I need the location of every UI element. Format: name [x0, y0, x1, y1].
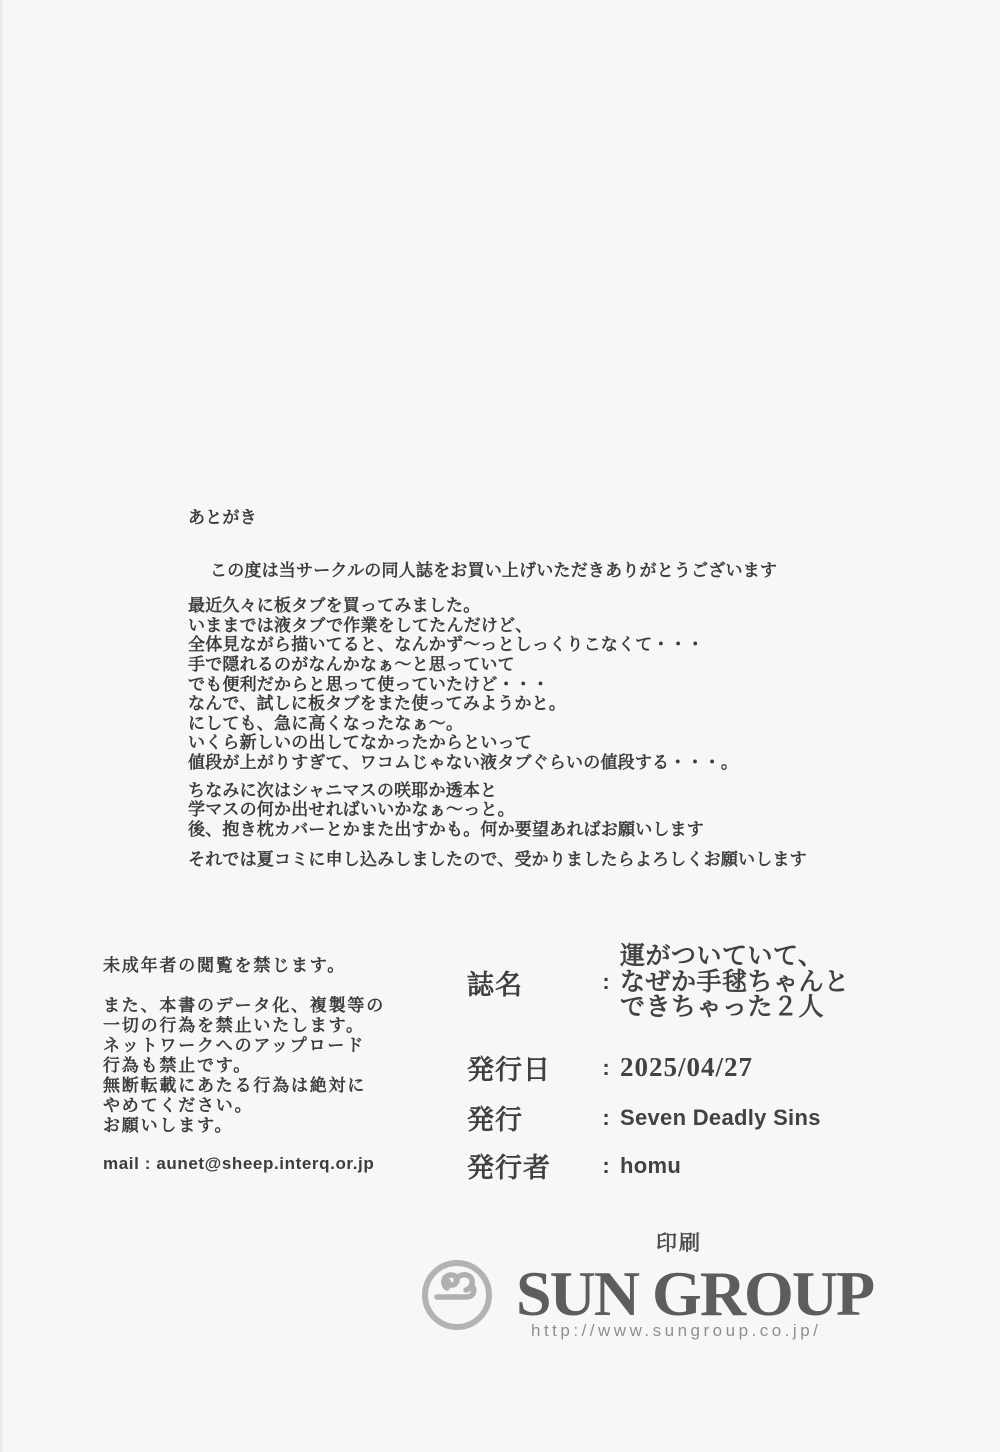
afterword-section: あとがき この度は当サークルの同人誌をお買い上げいただきありがとうございます 最…	[188, 508, 868, 870]
text-line: 手で隠れるのがなんかなぁ〜と思っていて	[188, 655, 868, 675]
publication-date: 2025/04/27	[620, 1052, 887, 1083]
colophon-row-date: 発行日 : 2025/04/27	[467, 1048, 887, 1087]
colophon-row-author: 発行者 : homu	[467, 1146, 887, 1185]
colophon-row-publisher: 発行 : Seven Deadly Sins	[467, 1098, 907, 1137]
text-line: 最近久々に板タブを買ってみました。	[188, 596, 868, 616]
text-line: 後、抱き枕カバーとかまた出すかも。何か要望あればお願いします	[188, 820, 868, 840]
printer-url: http://www.sungroup.co.jp/	[531, 1321, 821, 1341]
colophon-row-title: 誌名 : 運がついていて、 なぜか手毬ちゃんと できちゃった２人	[467, 944, 887, 1021]
copyright-notice: 未成年者の閲覧を禁じます。また、本書のデータ化、複製等の一切の行為を禁止いたしま…	[103, 956, 433, 1174]
book-title: 運がついていて、 なぜか手毬ちゃんと できちゃった２人	[620, 944, 887, 1021]
circle-name: Seven Deadly Sins	[620, 1105, 907, 1131]
author-label: 発行者	[467, 1146, 592, 1185]
text-line: 行為も禁止です。	[103, 1056, 433, 1076]
notice-lines: 未成年者の閲覧を禁じます。また、本書のデータ化、複製等の一切の行為を禁止いたしま…	[103, 956, 433, 1136]
text-line: でも便利だからと思って使っていたけど・・・	[188, 675, 868, 695]
text-line: また、本書のデータ化、複製等の	[103, 996, 433, 1016]
text-line: やめてください。	[103, 1096, 433, 1116]
afterword-paragraph-plans: ちなみに次はシャニマスの咲耶か透本と学マスの何か出せればいいかなぁ〜っと。後、抱…	[188, 781, 868, 840]
text-line: 無断転載にあたる行為は絶対に	[103, 1076, 433, 1096]
publisher-label: 発行	[467, 1098, 592, 1137]
text-line	[103, 976, 433, 996]
text-line: お願いします。	[103, 1116, 433, 1136]
text-line: 全体見ながら描いてると、なんかず〜っとしっくりこなくて・・・	[188, 635, 868, 655]
printer-label: 印刷	[656, 1227, 702, 1257]
afterword-closing: それでは夏コミに申し込みしましたので、受かりましたらよろしくお願いします	[188, 850, 868, 870]
colon-separator: :	[592, 1055, 620, 1081]
text-line: いくら新しいの出してなかったからといって	[188, 733, 868, 753]
colon-separator: :	[592, 1153, 620, 1179]
colon-separator: :	[592, 969, 620, 995]
text-line: 一切の行為を禁止いたします。	[103, 1016, 433, 1036]
afterword-intro: この度は当サークルの同人誌をお買い上げいただきありがとうございます	[210, 561, 868, 581]
colon-separator: :	[592, 1105, 620, 1131]
text-line: 値段が上がりすぎて、ワコムじゃない液タブぐらいの値段する・・・。	[188, 753, 868, 773]
afterword-paragraph-tablet: 最近久々に板タブを買ってみました。いままでは液タブで作業をしてたんだけど、全体見…	[188, 596, 868, 772]
scanned-afterword-page: あとがき この度は当サークルの同人誌をお買い上げいただきありがとうございます 最…	[0, 0, 1000, 1452]
afterword-heading: あとがき	[188, 508, 868, 528]
text-line: 未成年者の閲覧を禁じます。	[103, 956, 433, 976]
text-line: ちなみに次はシャニマスの咲耶か透本と	[188, 781, 868, 801]
date-label: 発行日	[467, 1048, 592, 1087]
text-line: なんで、試しに板タブをまた使ってみようかと。	[188, 694, 868, 714]
title-label: 誌名	[467, 963, 592, 1002]
text-line: にしても、急に高くなったなぁ〜。	[188, 714, 868, 734]
text-line: いままでは液タブで作業をしてたんだけど、	[188, 616, 868, 636]
text-line: ネットワークへのアップロード	[103, 1036, 433, 1056]
text-line: 学マスの何か出せればいいかなぁ〜っと。	[188, 800, 868, 820]
author-name: homu	[620, 1153, 887, 1179]
contact-mail: mail : aunet@sheep.interq.or.jp	[103, 1154, 433, 1174]
printer-company-name: SUN GROUP	[516, 1257, 873, 1331]
sun-group-logo-icon	[420, 1255, 496, 1335]
